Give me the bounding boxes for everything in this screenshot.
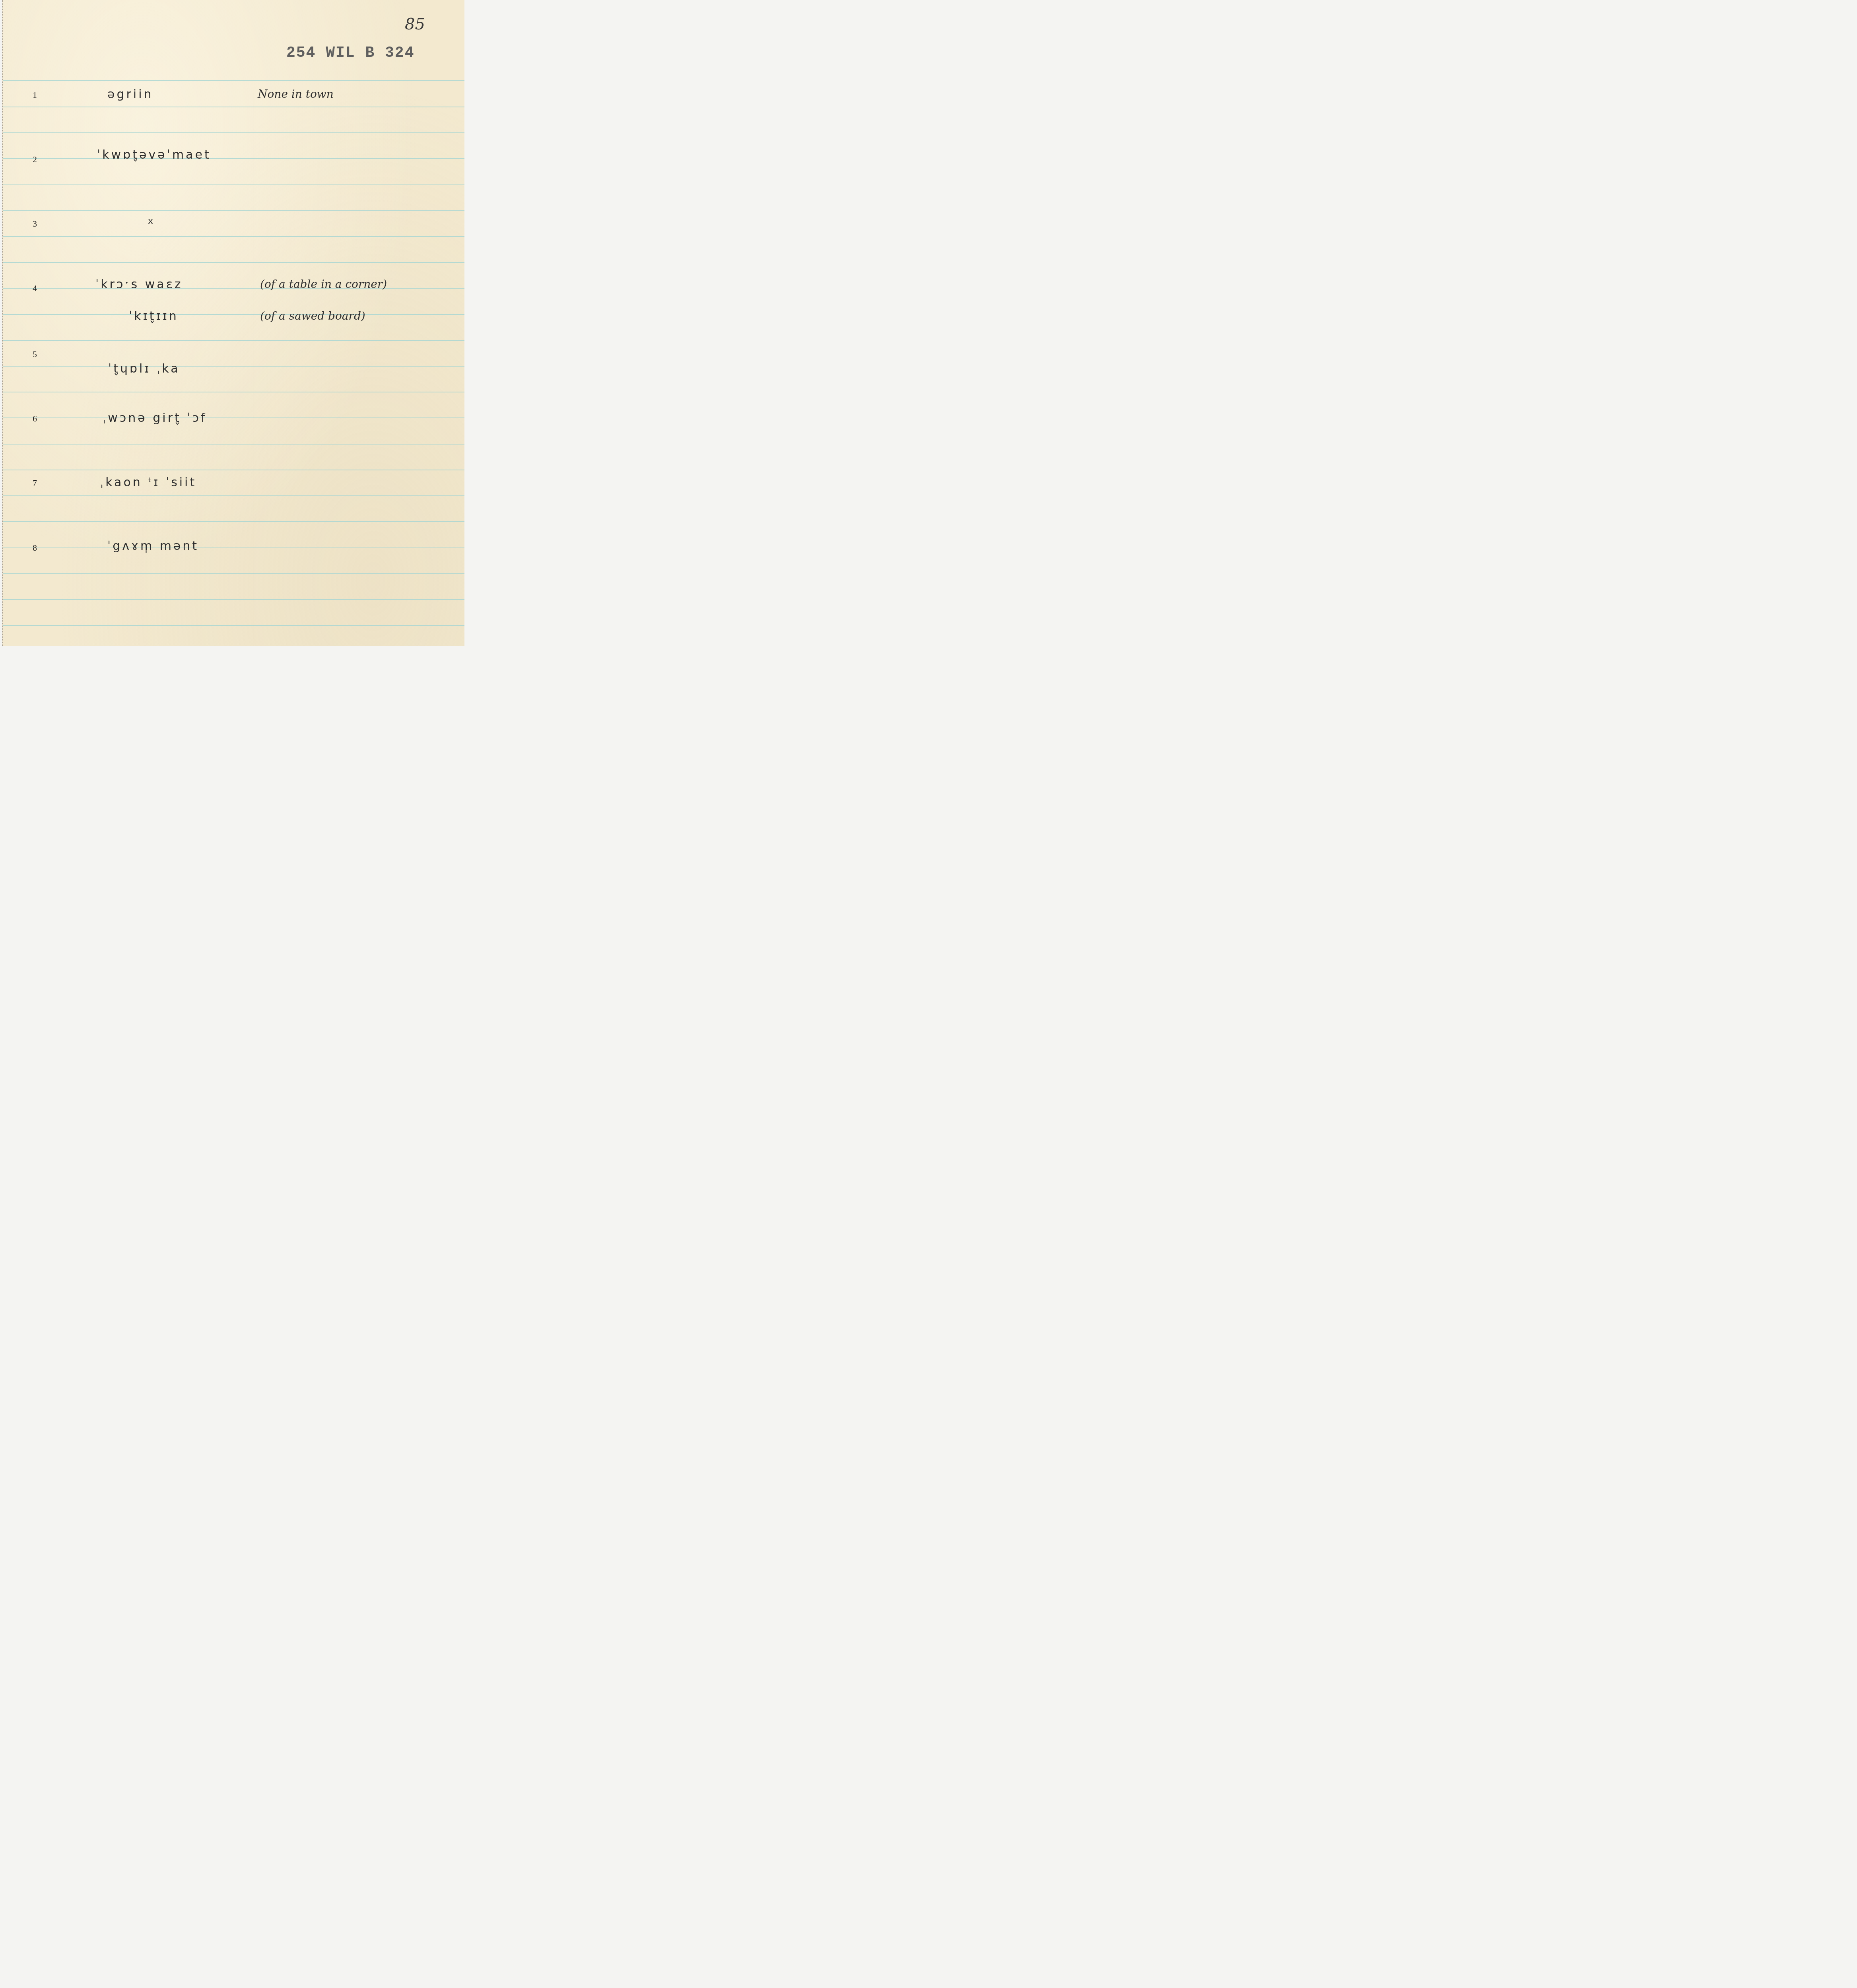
row-number: 1	[33, 90, 37, 100]
ruled-line	[3, 495, 464, 496]
archive-stamp: 254 WIL B 324	[286, 45, 414, 62]
ruled-line	[3, 107, 464, 107]
note: (of a table in a corner)	[260, 278, 387, 291]
ruled-line	[3, 288, 464, 289]
row-number: 8	[33, 543, 37, 553]
row-number: 4	[33, 283, 37, 293]
transcription: ˌwɔnə girt̬ ˈɔf	[103, 411, 207, 425]
note: (of a sawed board)	[260, 309, 365, 322]
ruled-line	[3, 314, 464, 315]
ruled-line	[3, 547, 464, 548]
row-number: 3	[33, 219, 37, 229]
ruled-line	[3, 158, 464, 159]
row-number: 5	[33, 349, 37, 359]
ruled-line	[3, 236, 464, 237]
ruled-line	[3, 340, 464, 341]
ruled-line	[3, 573, 464, 574]
row-number: 7	[33, 478, 37, 488]
ruled-line	[3, 470, 464, 470]
transcription: x	[148, 216, 155, 226]
row-number: 6	[33, 414, 37, 424]
ruled-line	[3, 210, 464, 211]
transcription: ˈgʌɤm̩ mənt	[107, 539, 199, 553]
transcription: əgriin	[107, 87, 153, 101]
transcription: ˈkrɔˑs waɛz	[95, 278, 183, 291]
ruled-line	[3, 132, 464, 133]
ruled-line	[3, 184, 464, 185]
ruled-line	[3, 599, 464, 600]
column-divider	[254, 92, 254, 646]
ruled-line	[3, 392, 464, 392]
transcription: ˈt̬ɥɒlɪ ˌka	[108, 362, 180, 376]
row-number: 2	[33, 154, 37, 165]
ruled-line	[3, 625, 464, 626]
note: None in town	[258, 87, 334, 101]
ruled-line	[3, 366, 464, 367]
ruled-line	[3, 521, 464, 522]
ruled-line	[3, 444, 464, 445]
notebook-page: 85 254 WIL B 324 1 əgriin None in town 2…	[2, 0, 464, 646]
transcription: ˈkɪt̬ɪɪn	[129, 309, 179, 323]
ruled-line	[3, 262, 464, 263]
page-number: 85	[405, 15, 425, 33]
transcription: ˌkaon ᵗɪ ˈsiit	[100, 476, 196, 489]
ruled-line	[3, 80, 464, 81]
transcription: ˈkwɒt̬əvəˈmaet	[97, 148, 211, 162]
ruled-line	[3, 417, 464, 418]
